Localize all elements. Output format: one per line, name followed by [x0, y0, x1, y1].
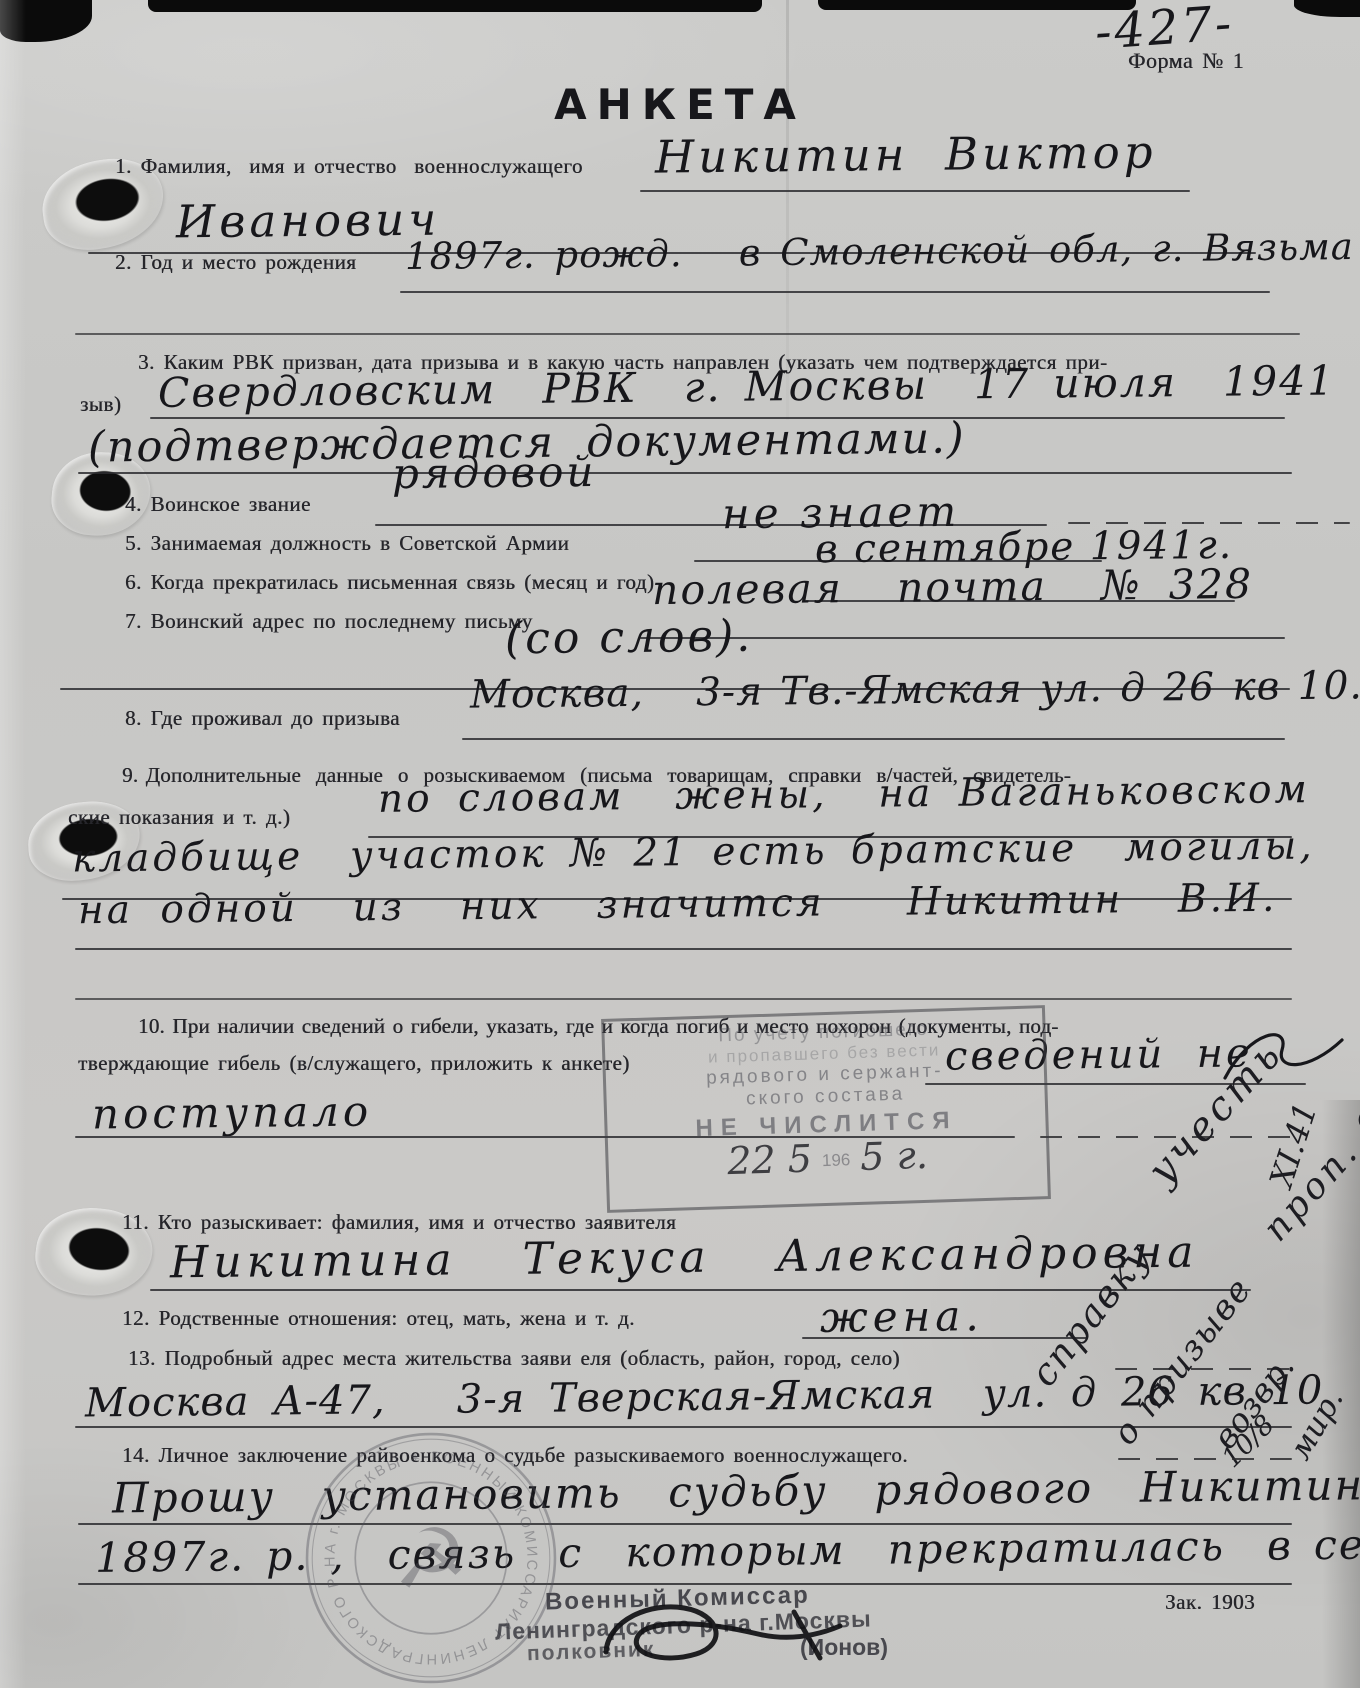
ruled-line [400, 291, 1270, 293]
field1-label: 1. Фамилия, имя и отчество военнослужаще… [115, 154, 583, 179]
field4-value: рядовой [392, 447, 597, 498]
ruled-line [75, 333, 1300, 335]
print-order-number: Зак. 1903 [1165, 1590, 1255, 1615]
ruled-line [1118, 1458, 1292, 1460]
stamp-date-handwritten-year: 5 г. [860, 1138, 929, 1174]
field6-label: 6. Когда прекратилась письменная связь (… [125, 570, 654, 595]
field11-label: 11. Кто разыскивает: фамилия, имя и отче… [122, 1210, 676, 1235]
ruled-line [462, 738, 1285, 740]
field2-value: 1897г. рожд. в Смоленской обл, г. Вязьма [405, 225, 1354, 278]
field9-value-line1: по словам жены, на Ваганьковском [378, 767, 1310, 822]
field11-value: Никитина Текуса Александровна [170, 1227, 1199, 1289]
document-title: АНКЕТА [554, 80, 806, 129]
scan-artifact [0, 0, 92, 42]
field13-label: 13. Подробный адрес места жительства зая… [128, 1346, 900, 1371]
field3-label-line2: зыв) [80, 392, 121, 417]
field10-value-line2: поступало [92, 1087, 373, 1139]
commissar-signature [588, 1592, 858, 1680]
stamp-date-handwritten-day-month: 22 5 [727, 1141, 813, 1178]
field5-label: 5. Занимаемая должность в Советской Арми… [125, 531, 569, 556]
stamp-date-printed-year: 196 [822, 1150, 851, 1175]
field2-label: 2. Год и место рождения [115, 250, 356, 275]
field8-value: Москва, 3-я Тв.-Ямская ул. д 26 кв 10. [470, 663, 1360, 717]
field4-label: 4. Воинское звание [125, 492, 311, 517]
field12-label: 12. Родственные отношения: отец, мать, ж… [122, 1306, 635, 1331]
field1-value-line2: Иванович [176, 193, 441, 249]
anketa-scanned-document: -427- Форма № 1 АНКЕТА 1. Фамилия, имя и… [0, 0, 1360, 1688]
ruled-line [75, 998, 1292, 1000]
field9-value-line2: кладбище участок № 21 есть братские моги… [72, 823, 1315, 881]
field9-label-line2: ские показания и т. д.) [68, 805, 290, 830]
ruled-line [78, 472, 1292, 474]
field7-value: полевая почта № 328 [652, 560, 1254, 614]
form-number-label: Форма № 1 [1128, 48, 1244, 74]
scan-artifact [1294, 0, 1360, 17]
ruled-line [75, 948, 1292, 950]
field10-label-line2: тверждающие гибель (в/служащего, приложи… [78, 1051, 630, 1076]
ne-chislitsya-stamp: По учету погибшего и пропавшего без вест… [601, 1005, 1051, 1213]
scan-artifact [148, 0, 762, 12]
scan-artifact [818, 0, 1136, 10]
field9-value-line3: на одной из них значится Никитин В.И. [78, 876, 1278, 934]
field1-value-line1: Никитин Виктор [655, 125, 1157, 183]
field8-label: 8. Где проживал до призыва [125, 706, 400, 731]
field12-value: жена. [820, 1291, 984, 1342]
field7-value-line2: (со слов). [505, 611, 754, 665]
ruled-line [640, 190, 1190, 192]
field7-label: 7. Воинский адрес по последнему письму [125, 609, 533, 634]
seal-emblem-hammer-sickle-icon: ☭ [394, 1511, 468, 1607]
edge-shadow [0, 0, 26, 1688]
